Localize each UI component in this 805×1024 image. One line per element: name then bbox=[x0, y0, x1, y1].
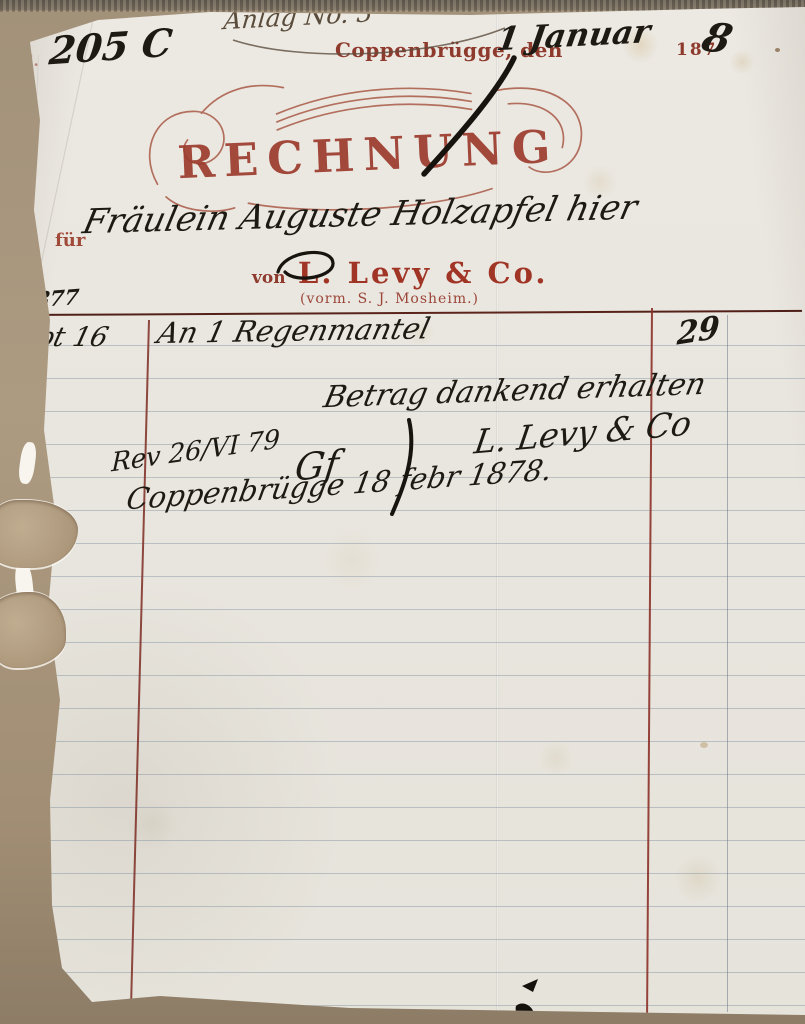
row-description: An 1 Regenmantel bbox=[154, 311, 433, 350]
year-digit-handwritten: 8 bbox=[697, 14, 738, 63]
company-name: L. Levy & Co. bbox=[298, 256, 549, 290]
invoice-photo: Anlag No. 3 Fol. 205 C Coppenbrügge, den… bbox=[0, 0, 805, 1024]
column-line-faint bbox=[727, 315, 728, 1012]
row-date: Sept 16 bbox=[0, 322, 112, 353]
ledger-year: 1877 bbox=[19, 284, 80, 313]
folio-label: Fol. bbox=[8, 52, 39, 70]
paper-fleck bbox=[775, 48, 780, 52]
paper-stain-spot bbox=[700, 742, 708, 748]
company-former-name: (vorm. S. J. Mosheim.) bbox=[300, 291, 479, 307]
torn-edge-hole bbox=[0, 592, 66, 668]
page-title: RECHNUNG bbox=[176, 120, 560, 190]
date-handwritten: 1 Januar bbox=[494, 12, 653, 58]
torn-paper-sliver bbox=[17, 441, 38, 485]
folio-number: 205 C bbox=[47, 19, 174, 73]
invoice-paper: Anlag No. 3 Fol. 205 C Coppenbrügge, den… bbox=[0, 0, 805, 1024]
von-label: von bbox=[252, 268, 286, 288]
row-amount: 29 bbox=[676, 309, 721, 353]
left-fold-crease bbox=[29, 55, 40, 305]
